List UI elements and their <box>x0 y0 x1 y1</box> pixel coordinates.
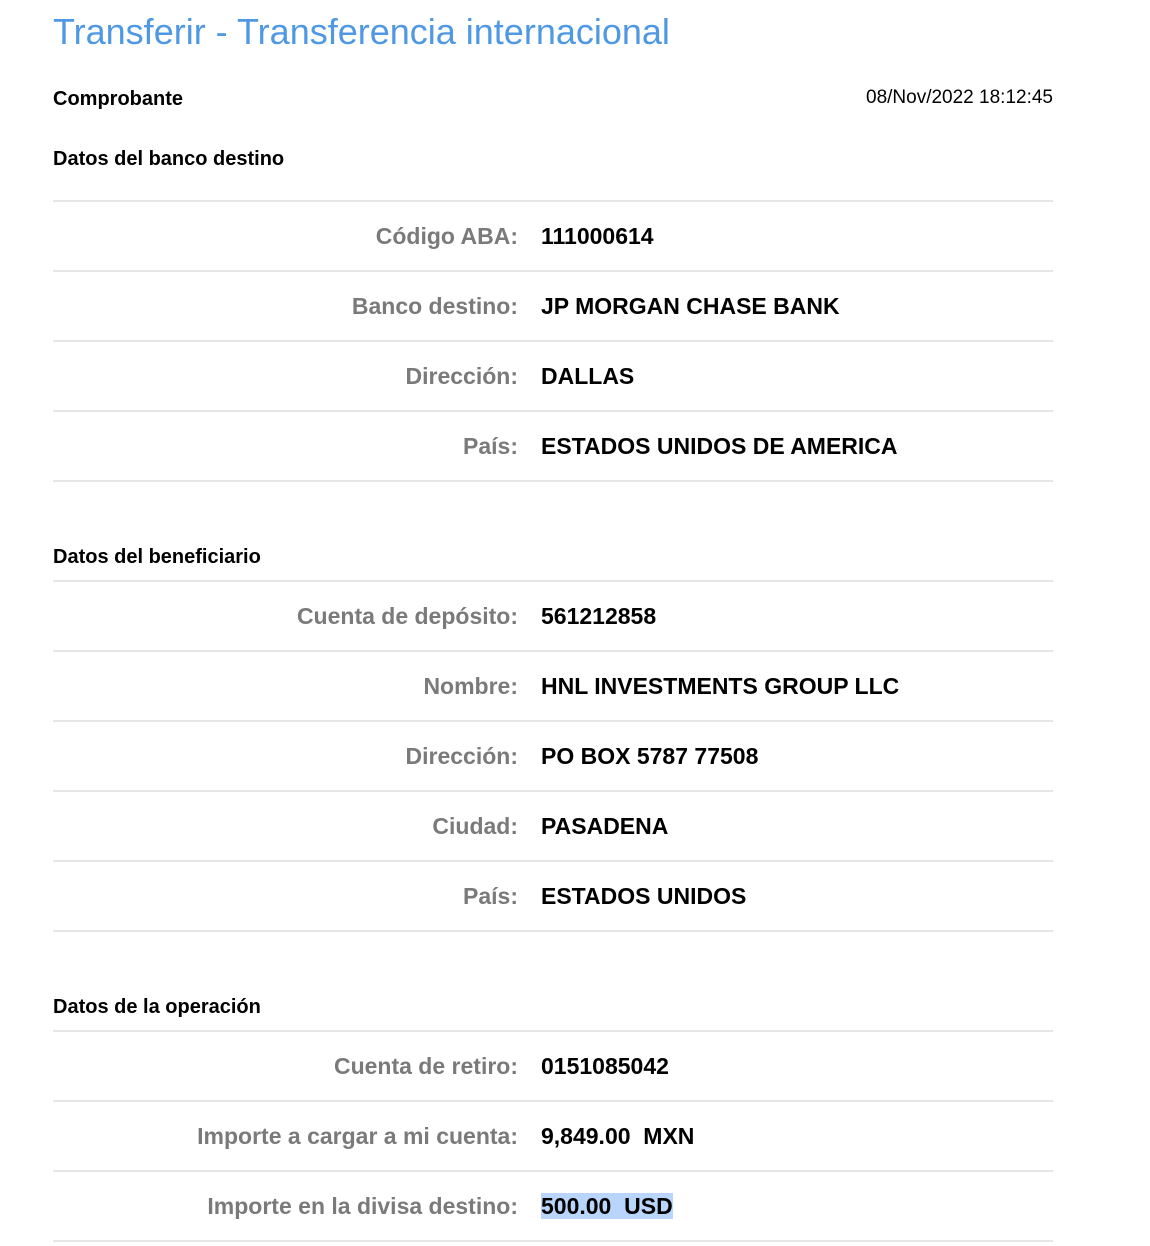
detail-row-beneficiary-city: Ciudad: PASADENA <box>53 792 1053 862</box>
row-label: Nombre: <box>423 652 518 720</box>
detail-row-beneficiary-address: Dirección: PO BOX 5787 77508 <box>53 722 1053 792</box>
section-title: Datos del banco destino <box>53 146 1053 172</box>
row-label: Cuenta de depósito: <box>297 582 518 650</box>
detail-list: Cuenta de depósito: 561212858 Nombre: HN… <box>53 580 1053 932</box>
row-value: 0151085042 <box>541 1032 669 1100</box>
section-title: Datos del beneficiario <box>53 544 1053 570</box>
detail-row-destination-amount: Importe en la divisa destino: 500.00 USD <box>53 1172 1053 1242</box>
row-label: Banco destino: <box>352 272 518 340</box>
row-value: JP MORGAN CHASE BANK <box>541 272 840 340</box>
detail-row-deposit-account: Cuenta de depósito: 561212858 <box>53 582 1053 652</box>
row-label: Dirección: <box>406 342 518 410</box>
row-value: ESTADOS UNIDOS DE AMERICA <box>541 412 898 480</box>
section-title: Datos de la operación <box>53 994 1053 1020</box>
row-label: País: <box>463 862 518 930</box>
detail-list: Cuenta de retiro: 0151085042 Importe a c… <box>53 1030 1053 1242</box>
row-value: PASADENA <box>541 792 668 860</box>
row-label: Importe a cargar a mi cuenta: <box>197 1102 518 1170</box>
row-value: PO BOX 5787 77508 <box>541 722 758 790</box>
row-value: 111000614 <box>541 202 654 270</box>
receipt-header: Comprobante 08/Nov/2022 18:12:45 <box>53 86 1053 112</box>
detail-row-charge-amount: Importe a cargar a mi cuenta: 9,849.00 M… <box>53 1102 1053 1172</box>
row-value: 561212858 <box>541 582 656 650</box>
section-beneficiary: Datos del beneficiario Cuenta de depósit… <box>53 544 1053 932</box>
page-title: Transferir - Transferencia internacional <box>53 10 670 54</box>
receipt-label: Comprobante <box>53 86 183 112</box>
selected-text[interactable]: 500.00 USD <box>541 1193 673 1219</box>
section-destination-bank: Datos del banco destino Código ABA: 1110… <box>53 146 1053 482</box>
row-value: ESTADOS UNIDOS <box>541 862 746 930</box>
row-value: 9,849.00 MXN <box>541 1102 694 1170</box>
row-value: HNL INVESTMENTS GROUP LLC <box>541 652 899 720</box>
detail-row-destination-bank: Banco destino: JP MORGAN CHASE BANK <box>53 272 1053 342</box>
detail-row-aba-code: Código ABA: 111000614 <box>53 202 1053 272</box>
row-label: Ciudad: <box>432 792 518 860</box>
row-label: Cuenta de retiro: <box>334 1032 518 1100</box>
row-label: Dirección: <box>406 722 518 790</box>
section-operation: Datos de la operación Cuenta de retiro: … <box>53 994 1053 1242</box>
detail-row-beneficiary-country: País: ESTADOS UNIDOS <box>53 862 1053 932</box>
row-label: Código ABA: <box>376 202 518 270</box>
detail-row-bank-address: Dirección: DALLAS <box>53 342 1053 412</box>
detail-row-withdrawal-account: Cuenta de retiro: 0151085042 <box>53 1032 1053 1102</box>
detail-row-beneficiary-name: Nombre: HNL INVESTMENTS GROUP LLC <box>53 652 1053 722</box>
receipt-datetime: 08/Nov/2022 18:12:45 <box>866 86 1053 110</box>
row-label: País: <box>463 412 518 480</box>
row-value: DALLAS <box>541 342 634 410</box>
row-label: Importe en la divisa destino: <box>207 1172 518 1240</box>
detail-row-bank-country: País: ESTADOS UNIDOS DE AMERICA <box>53 412 1053 482</box>
row-value[interactable]: 500.00 USD <box>541 1172 673 1240</box>
detail-list: Código ABA: 111000614 Banco destino: JP … <box>53 200 1053 482</box>
